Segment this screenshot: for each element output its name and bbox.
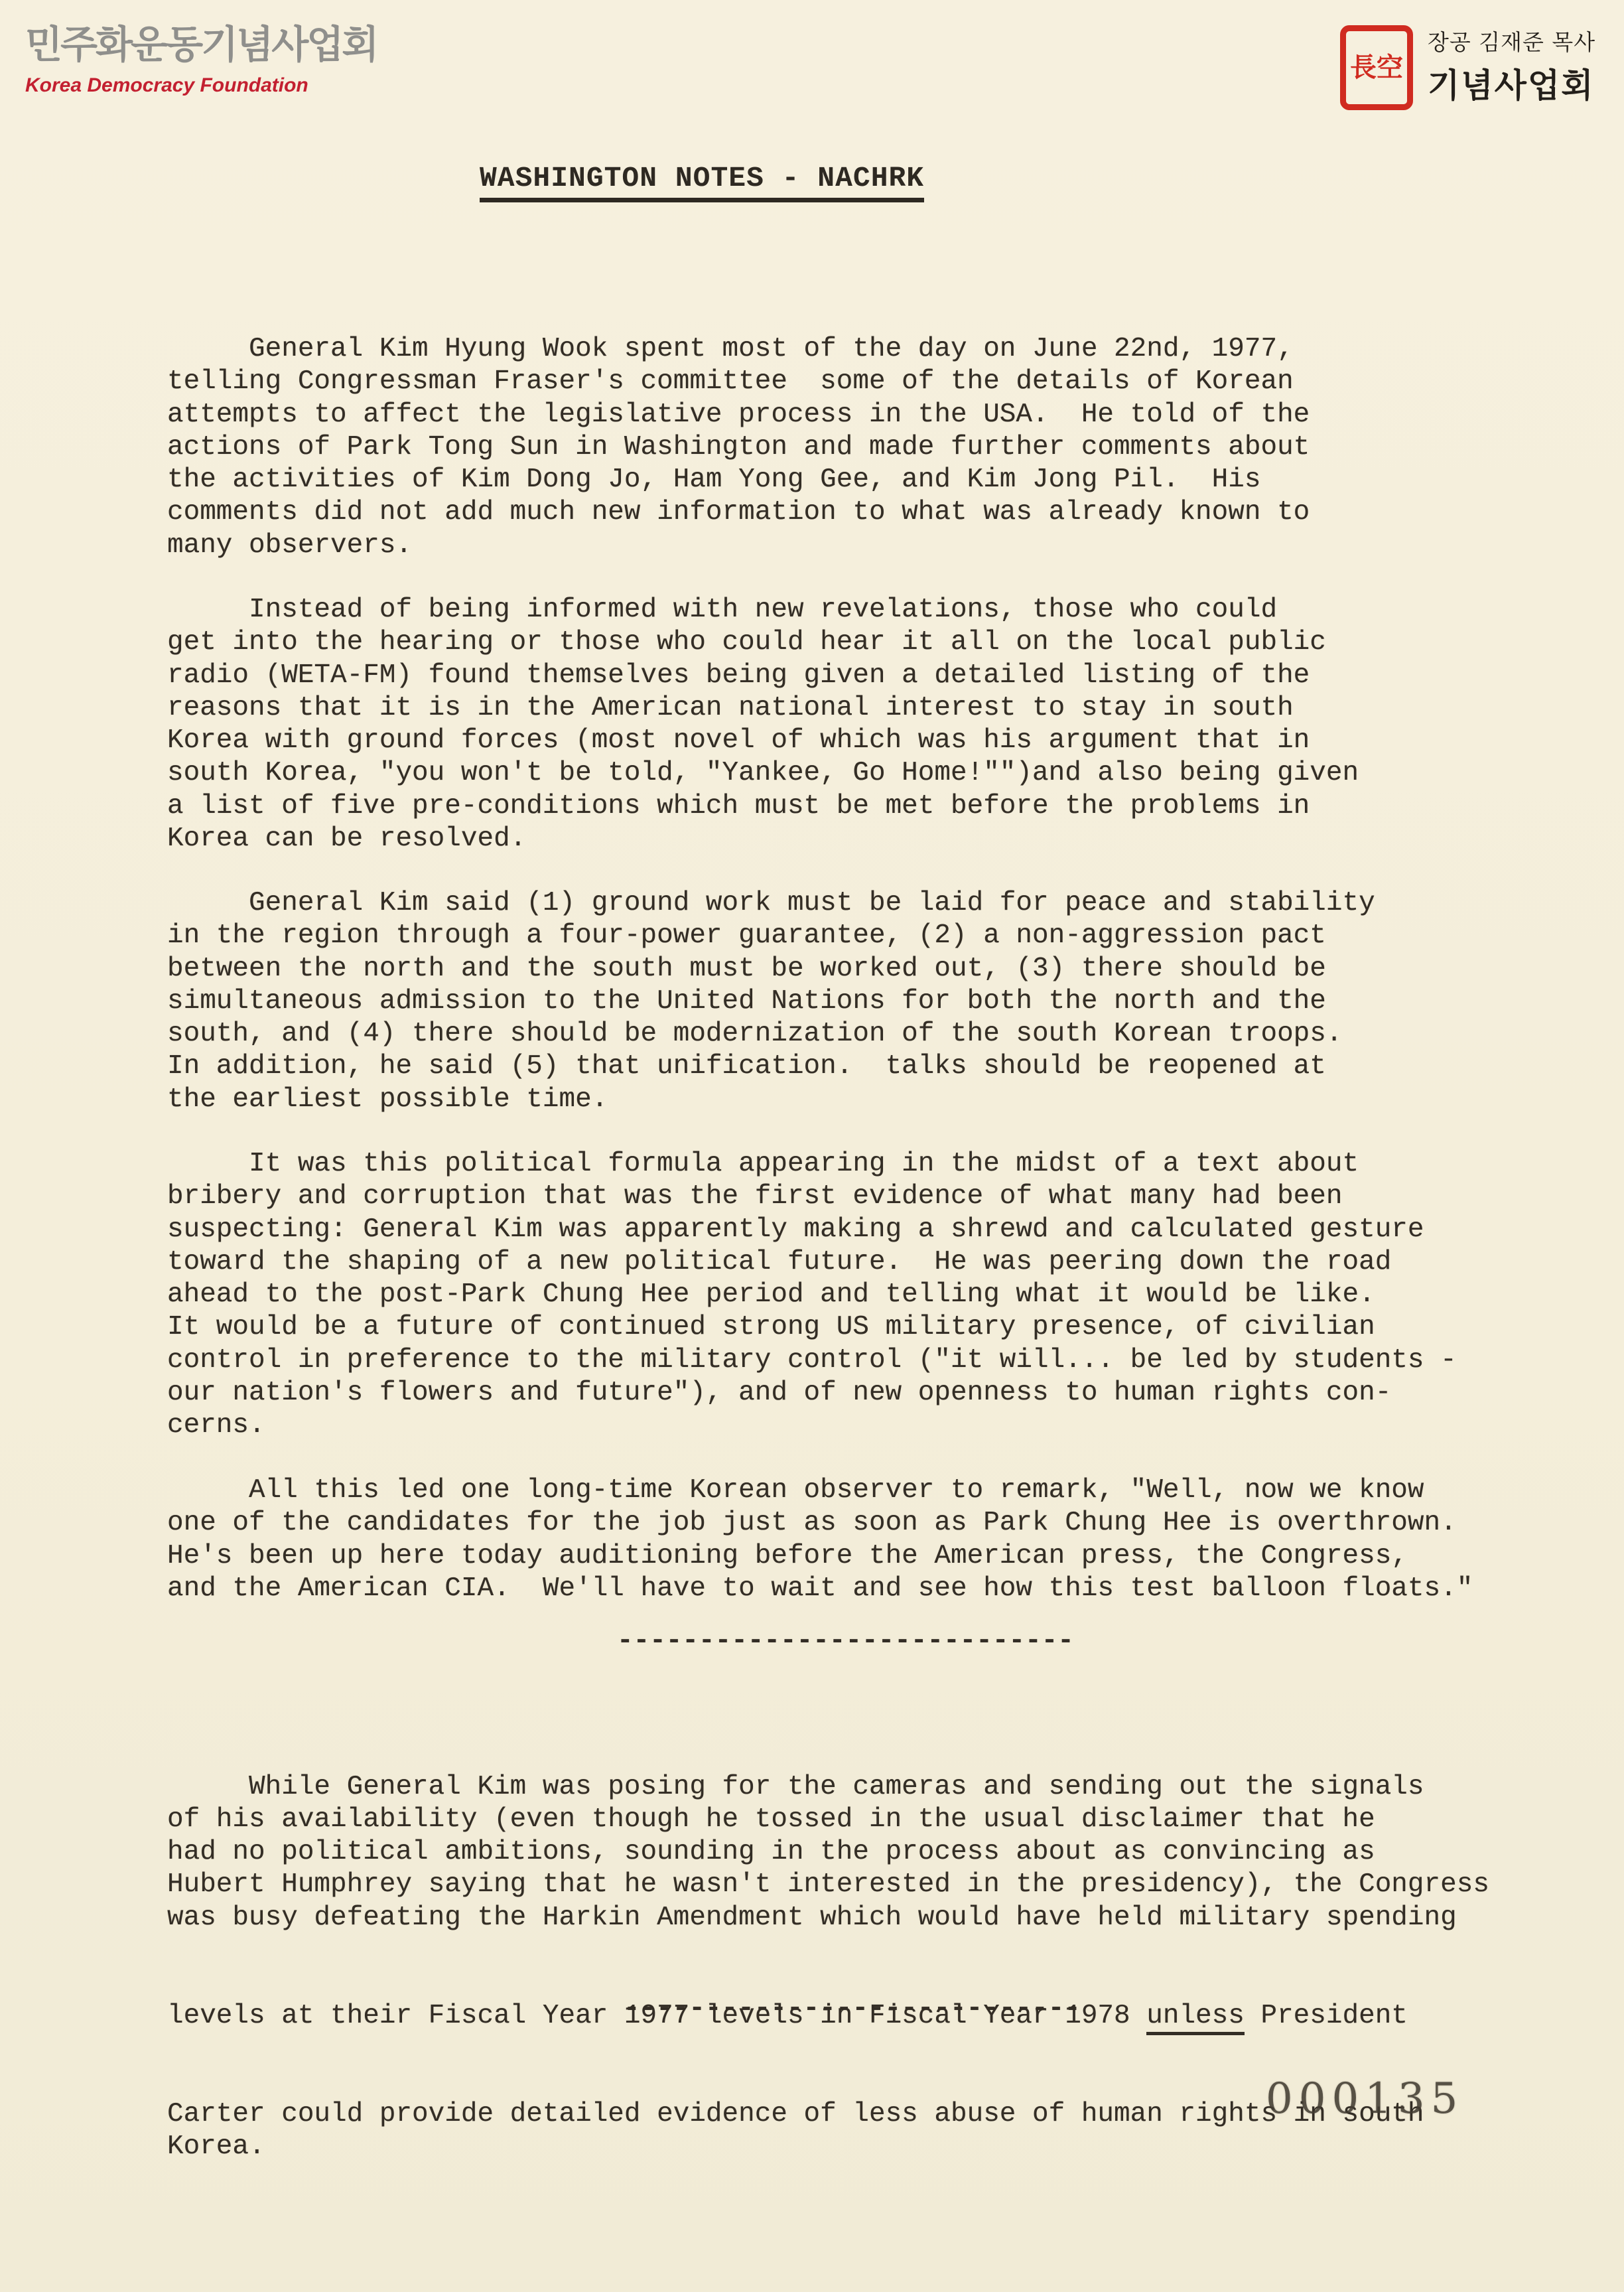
scanned-document-page: 민주화운동기념사업회 Korea Democracy Foundation 長空… <box>0 0 1624 2292</box>
janggong-wordmark-line2: 기념사업회 <box>1428 59 1595 107</box>
page-number-stamp: 000135 <box>1266 2074 1463 2123</box>
paragraph-3: General Kim said (1) ground work must be… <box>167 887 1375 1116</box>
paragraph-5: All this led one long-time Korean observ… <box>167 1474 1473 1605</box>
paragraph-2: Instead of being informed with new revel… <box>167 594 1359 855</box>
typed-separator-line-2: ---------------------------- <box>624 1993 1081 2025</box>
kdf-logo: 민주화운동기념사업회 Korea Democracy Foundation <box>25 13 377 97</box>
kdf-english-wordmark: Korea Democracy Foundation <box>25 74 377 97</box>
paragraph-4: It was this political formula appearing … <box>167 1148 1457 1443</box>
janggong-wordmark-line1: 장공 김재준 목사 <box>1428 25 1595 56</box>
document-title: WASHINGTON NOTES - NACHRK <box>480 162 924 202</box>
janggong-logo: 長空 장공 김재준 목사 기념사업회 <box>1340 25 1595 110</box>
red-seal-stamp-icon: 長空 <box>1340 25 1413 110</box>
typed-separator-line-1: ---------------------------- <box>617 1625 1074 1658</box>
janggong-wordmark: 장공 김재준 목사 기념사업회 <box>1428 25 1595 107</box>
underlined-word-unless: unless <box>1146 2001 1245 2035</box>
paragraph-1: General Kim Hyung Wook spent most of the… <box>167 333 1310 562</box>
kdf-korean-wordmark: 민주화운동기념사업회 <box>25 13 377 69</box>
underline-line-post: President <box>1245 2001 1408 2031</box>
paragraph-6: While General Kim was posing for the cam… <box>167 1705 1489 2229</box>
paragraph-6-lines-before: While General Kim was posing for the cam… <box>167 1771 1489 1934</box>
